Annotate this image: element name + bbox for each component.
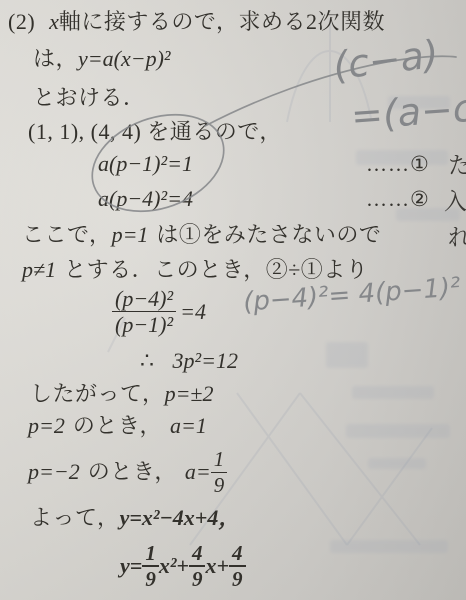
equation-1-reference: ……① xyxy=(366,152,430,177)
fraction-denominator: 9 xyxy=(142,567,159,590)
line12-text: のとき， xyxy=(73,413,162,438)
solution-line-8: p≠1とする．このとき，②÷①より xyxy=(22,256,368,284)
solution-line-13: p=−2のとき，a= 1 9 xyxy=(28,447,227,497)
textbook-page-photo: (2)x軸に接するので，求める2次関数 は，y=a(x−p)² とおける． (1… xyxy=(0,0,466,600)
line7-math: p=1 xyxy=(112,222,149,247)
solution-line-11: したがって，p=±2 xyxy=(30,380,213,408)
fraction: 19 xyxy=(142,542,159,590)
edge-fragment-3: れ xyxy=(448,219,466,252)
solution-line-10: ∴3p²=12 xyxy=(140,347,238,375)
line2-equation: y=a(x−p)² xyxy=(78,46,170,71)
line11-prefix: したがって， xyxy=(30,381,165,406)
line4-text: (1, 1), (4, 4) を通るので， xyxy=(28,119,282,144)
fraction-equation: (p−4)² (p−1)² =4 xyxy=(112,287,206,336)
line1-text: 軸に接するので，求める2次関数 xyxy=(59,9,385,34)
line8-math: p≠1 xyxy=(22,257,56,282)
line12-math-p: p=2 xyxy=(28,413,65,438)
fraction-denominator: 9 xyxy=(229,567,246,590)
line14-answer: y=x²−4x+4， xyxy=(120,505,241,530)
line12-math-a: a=1 xyxy=(170,413,207,438)
fraction-denominator: 9 xyxy=(211,473,228,496)
fraction-numerator: 4 xyxy=(189,542,206,565)
equation-2: a(p−4)²=4 xyxy=(98,185,193,213)
equation-2-reference: ……② xyxy=(366,187,430,212)
leader-dots: …… xyxy=(366,187,410,211)
fraction-numerator: 1 xyxy=(142,542,159,565)
solution-line-2: は，y=a(x−p)² xyxy=(33,45,170,73)
solution-line-12: p=2のとき，a=1 xyxy=(28,412,207,440)
line7-text: は①をみたさないので xyxy=(156,222,381,247)
line7-prefix: ここで， xyxy=(22,222,112,247)
therefore-symbol: ∴ xyxy=(140,348,155,373)
handwritten-note-top-2: =(a−c xyxy=(350,86,466,138)
handwritten-note-top-1: (c−a) xyxy=(331,32,441,89)
line8-text: とする．このとき，②÷①より xyxy=(64,257,368,282)
solution-line-4: (1, 1), (4, 4) を通るので， xyxy=(28,118,282,146)
solution-line-7: ここで，p=1は①をみたさないので xyxy=(22,221,381,249)
fraction-rhs: =4 xyxy=(180,298,206,326)
line15-mid1: x²+ xyxy=(159,552,189,580)
fraction: 1 9 xyxy=(211,448,228,495)
bleed-through-mark xyxy=(330,540,448,553)
bleed-through-mark xyxy=(352,386,434,399)
line11-math: p=±2 xyxy=(165,381,214,406)
fraction-denominator: 9 xyxy=(189,567,206,590)
line13-math-p: p=−2 xyxy=(28,458,80,486)
fraction-numerator: (p−4)² xyxy=(112,287,176,311)
fraction-numerator: 1 xyxy=(211,448,228,471)
fraction: 49 xyxy=(229,542,246,590)
bleed-through-mark xyxy=(346,424,450,438)
edge-fragment-1: た xyxy=(448,147,466,180)
line13-math-a: a= xyxy=(185,458,211,486)
line15-head: y= xyxy=(120,552,142,580)
bleed-through-mark xyxy=(368,458,426,469)
equation-1-math: a(p−1)²=1 xyxy=(98,151,193,176)
solution-line-15: y= 19 x²+ 49 x+ 49 xyxy=(120,538,246,594)
line10-math: 3p²=12 xyxy=(173,348,238,373)
fraction: 49 xyxy=(189,542,206,590)
equation-1: a(p−1)²=1 xyxy=(98,150,193,178)
solution-line-3: とおける． xyxy=(33,84,146,112)
line15-mid2: x+ xyxy=(205,552,229,580)
solution-line-14: よって，y=x²−4x+4， xyxy=(30,504,240,532)
fraction-numerator: 4 xyxy=(229,542,246,565)
line2-prefix: は， xyxy=(33,46,78,71)
edge-fragment-2: 入 xyxy=(444,183,466,216)
fraction: (p−4)² (p−1)² xyxy=(112,287,176,336)
circled-number-1: ① xyxy=(410,152,430,176)
line3-text: とおける． xyxy=(33,85,146,110)
bleed-through-mark xyxy=(326,342,368,368)
equation-2-math: a(p−4)²=4 xyxy=(98,186,193,211)
line14-prefix: よって， xyxy=(30,505,120,530)
solution-line-1: (2)x軸に接するので，求める2次関数 xyxy=(8,8,385,36)
item-label: (2) xyxy=(8,9,35,34)
leader-dots: …… xyxy=(366,152,410,176)
circled-number-2: ② xyxy=(410,187,430,211)
fraction-denominator: (p−1)² xyxy=(112,312,176,336)
math-x: x xyxy=(49,9,59,34)
line13-text: のとき， xyxy=(88,458,177,486)
